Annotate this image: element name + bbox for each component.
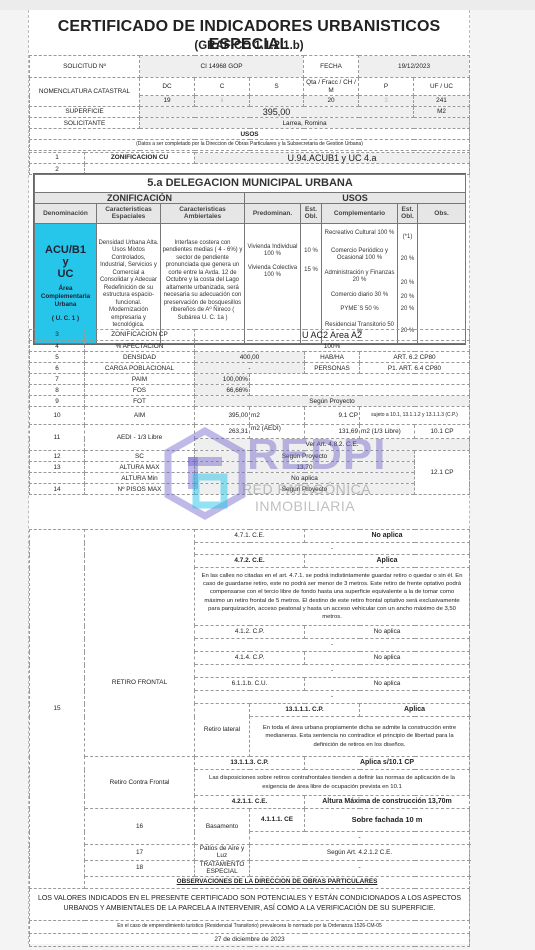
row-17-value: Según Art. 4.2.1.2 C.E. [250, 845, 470, 861]
row-13-value: 13,70 [195, 462, 415, 473]
delegacion-title: 5.a DELEGACION MUNICIPAL URBANA [35, 175, 466, 193]
row-16-ref: 4.1.1.1. CE [250, 809, 305, 832]
denominacion-code3: UC [36, 268, 95, 280]
fecha-value: 19/12/2023 [359, 56, 470, 78]
complementario-item: Recreativo Cultural 100 % [323, 230, 396, 246]
row-5-label: DENSIDAD [85, 352, 195, 363]
complementario-item: Comercio Periódico y Ocasional 100 % [323, 248, 396, 268]
solicitante-value: Larrea, Romina [140, 118, 470, 129]
retiro-lateral-value: Aplica [360, 704, 470, 717]
row-3-num: 3 [30, 330, 85, 341]
row-3-label: ZONIFICACION CP [85, 330, 195, 341]
row-11-unit: m2 (AEDI) [250, 425, 305, 439]
col-denominacion: Denominación [35, 203, 97, 223]
row-11-unit2: m2 (1/3 Libre) [360, 425, 415, 439]
predominantes-cell: Vivienda Individual 100 % Vivienda Colec… [245, 223, 301, 343]
row-1-label: ZONIFICACION CU [85, 153, 195, 164]
obs-cell [418, 223, 466, 343]
nomenclatura-val-uf: 241 [414, 96, 470, 107]
ambientales-cell: Interfase costera con pendientes medias … [161, 223, 245, 343]
retiro-ref: 4.7.2. C.E. [195, 555, 305, 568]
top-bar [0, 0, 535, 10]
superficie-value: 395,00 [140, 107, 414, 118]
col-espaciales: Caracteristicas Espaciales [97, 203, 161, 223]
denominacion-cell: ACU/B1 y UC Área Complementaria Urbana (… [35, 223, 97, 343]
row-18-value: - [250, 860, 470, 876]
complementario-item: Comercio diario 30 % [323, 292, 396, 304]
row-16-value: Sobre fachada 10 m [305, 809, 470, 832]
complementario-est: 20 % [399, 292, 416, 306]
row-13-label: ALTURA MAX [85, 462, 195, 473]
row-18-label: TRATAMIENTO ESPECIAL [195, 860, 250, 876]
row-6-num: 6 [30, 363, 85, 374]
row-10-note: sujeto a 10.1, 13.1.1.2 y 13.1.1.3 (C.P.… [360, 407, 470, 425]
predominante-est: 15 % [302, 267, 320, 275]
complementario-item: Administración y Finanzas 20 % [323, 270, 396, 290]
observaciones-title: OBSERVACIONES DE LA DIRECCION DE OBRAS P… [85, 876, 470, 888]
denominacion-area: Área Complementaria Urbana [36, 285, 95, 309]
retiro-contra-value2: Altura Máxima de construcción 13,70m [305, 796, 470, 809]
row-15-num: 15 [30, 530, 85, 889]
row-8-empty [250, 385, 470, 396]
complementario-est: 20 % [399, 270, 416, 292]
row-5-num: 5 [30, 352, 85, 363]
retiro-contra-value: Aplica s/10.1 CP [305, 757, 470, 770]
complementarios-cell: Recreativo Cultural 100 % Comercio Perió… [322, 223, 398, 343]
retiro-value: Aplica [305, 555, 470, 568]
row-11-label: AEDI - 1/3 Libre [85, 425, 195, 451]
row-8-label: FOS [85, 385, 195, 396]
row-7-value: 100,00% [195, 374, 250, 385]
retiro-note: - [195, 691, 470, 704]
row-5-ref: ART. 6.2 CP80 [360, 352, 470, 363]
certificate-subtitle: (GRAFICO 1.1.2.1.b) [29, 40, 469, 52]
superficie-unit: M2 [414, 107, 470, 118]
row-7-empty [250, 374, 470, 385]
row-16-label: Basamento [195, 809, 250, 845]
row-11-note: Ver Art. 4.8.2. C.E. [195, 439, 470, 451]
row-6-value: - [195, 363, 305, 374]
row-18-num: 18 [85, 860, 195, 876]
section-usos: USOS [245, 192, 466, 203]
usos-title: USOS [30, 129, 470, 140]
row-10-value: 395,00 [195, 407, 250, 425]
nomenclatura-col-qta: Qta / Fracc / CH / M [304, 78, 359, 96]
row-5-value: 400,00 [195, 352, 305, 363]
row-10-num: 10 [30, 407, 85, 425]
altura-ref: 12.1 CP [415, 451, 470, 495]
row-4-value: 100% [195, 341, 470, 352]
row-17-label: Patios de Aire y Luz [195, 845, 250, 861]
retiro-note: - [195, 639, 470, 652]
row-10-unit: m2 [250, 407, 305, 425]
col-complementario: Complementario [322, 203, 398, 223]
col-predominantes: Predominan. [245, 203, 301, 223]
denominacion-code1: ACU/B1 [36, 244, 95, 256]
predominante-item: Vivienda Individual 100 % [246, 244, 299, 259]
retiro-lateral-ref: 13.1.1.1. C.P. [250, 704, 360, 717]
section-zonificacion: ZONIFICACIÓN [35, 192, 245, 203]
nomenclatura-val-p: 3 [359, 96, 414, 107]
superficie-label: SUPERFICIE [30, 107, 140, 118]
col-obs: Obs. [418, 203, 466, 223]
row-11-value: 263,31 [195, 425, 250, 439]
retiro-ref: 4.1.2. C.P. [195, 626, 305, 639]
nomenclatura-col-p: P [359, 78, 414, 96]
row-4-label: % AFECTACION [85, 341, 195, 352]
predominantes-est-cell: 10 % 15 % [301, 223, 322, 343]
row-11-ref: 10.1 CP [415, 425, 470, 439]
complementario-est: 20 % [399, 248, 416, 270]
retiro-frontal-label: RETIRO FRONTAL [85, 530, 195, 757]
retiro-contra-label: Retiro Contra Frontal [85, 757, 195, 809]
indicadores-table: 3 ZONIFICACION CP U AC2 Area A2 4 % AFEC… [29, 329, 470, 495]
retiro-note: - [195, 665, 470, 678]
row-1-value: U.94.ACUB1 y UC 4.a [195, 153, 470, 164]
row-13b-value: No aplica [195, 473, 415, 484]
row-16-num: 16 [85, 809, 195, 845]
nomenclatura-val-c: ii [195, 96, 250, 107]
delegacion-table: 5.a DELEGACION MUNICIPAL URBANA ZONIFICA… [34, 174, 466, 344]
row-11-value2: 131,69 [305, 425, 360, 439]
nomenclatura-col-dc: DC [140, 78, 195, 96]
row-7-label: PAIM [85, 374, 195, 385]
row-3-value: U AC2 Area A2 [195, 330, 470, 341]
retiro-value: No aplica [305, 530, 470, 543]
complementario-est: (*1) [399, 234, 416, 248]
solicitud-value: CI 14968 GOP [140, 56, 304, 78]
row-1-num: 1 [30, 153, 85, 164]
row-16-sub: - [250, 832, 470, 845]
denominacion-code2: y [36, 256, 95, 268]
predominante-item: Vivienda Colectiva 100 % [246, 265, 299, 280]
observaciones-date: 27 de diciembre de 2023 [30, 933, 470, 946]
retiros-table: 15 RETIRO FRONTAL 4.7.1. C.E. No aplica … [29, 529, 470, 947]
row-6-label: CARGA POBLACIONAL [85, 363, 195, 374]
row-6-ref: P1. ART. 6.4 CP80 [360, 363, 470, 374]
row-14-value: Según Proyecto [195, 484, 415, 495]
nomenclatura-col-c: C [195, 78, 250, 96]
observaciones-text: LOS VALORES INDICADOS EN EL PRESENTE CER… [30, 888, 470, 920]
nomenclatura-val-dc: 19 [140, 96, 195, 107]
row-10-ref: 9.1 CP [305, 407, 360, 425]
solicitante-label: SOLICITANTE [30, 118, 140, 129]
row-13-num: 13 [30, 462, 85, 473]
row-9-value: Según Proyecto [195, 396, 470, 407]
nomenclatura-label: NOMENCLATURA CATASTRAL [30, 78, 140, 107]
row-10-label: AIM [85, 407, 195, 425]
retiro-value: No aplica [305, 652, 470, 665]
row-13b-num [30, 473, 85, 484]
fecha-label: FECHA [304, 56, 359, 78]
retiro-contra-ref: 13.1.1.3. C.P. [195, 757, 305, 770]
nomenclatura-col-uf: UF / UC [414, 78, 470, 96]
nomenclatura-val-s [250, 96, 304, 107]
retiro-lateral-note: En toda el área urbana propiamente dicha… [250, 717, 470, 757]
row-8-value: 66,66% [195, 385, 250, 396]
retiro-lateral-label: Retiro lateral [195, 704, 250, 757]
observaciones-note: En el caso de emprendimiento turistico (… [30, 920, 470, 933]
retiro-contra-ref2: 4.2.1.1. C.E. [195, 796, 305, 809]
zonificacion-cu-table: 1 ZONIFICACION CU U.94.ACUB1 y UC 4.a 2 [29, 152, 470, 175]
retiro-note: En las calles no citadas en el art. 4.7.… [195, 568, 470, 626]
row-9-num: 9 [30, 396, 85, 407]
row-7-num: 7 [30, 374, 85, 385]
retiro-value: No aplica [305, 626, 470, 639]
retiro-ref: 4.1.4. C.P. [195, 652, 305, 665]
nomenclatura-col-s: S [250, 78, 304, 96]
row-13b-label: ALTURA Min [85, 473, 195, 484]
row-8-num: 8 [30, 385, 85, 396]
espaciales-cell: Densidad Urbana Alta. Usos Mixtos Contro… [97, 223, 161, 343]
solicitud-label: SOLICITUD Nº [30, 56, 140, 78]
row-4-num: 4 [30, 341, 85, 352]
retiro-ref: 6.1.1.b. C.U. [195, 678, 305, 691]
certificate-page: CERTIFICADO DE INDICADORES URBANISTICOS … [28, 10, 470, 944]
usos-note: (Datos a ser completado por la Direccion… [30, 140, 470, 151]
row-14-num: 14 [30, 484, 85, 495]
row-6-unit: PERSONAS [305, 363, 360, 374]
row-11-num: 11 [30, 425, 85, 451]
complementarios-est-cell: (*1) 20 % 20 % 20 % 20 % 20 % [398, 223, 418, 343]
retiro-note: - [195, 543, 470, 555]
predominante-est: 10 % [302, 248, 320, 256]
header-info-table: SOLICITUD Nº CI 14968 GOP FECHA 19/12/20… [29, 55, 470, 151]
delegacion-block: 5.a DELEGACION MUNICIPAL URBANA ZONIFICA… [33, 173, 466, 345]
col-ambientales: Caracteristicas Ambiertales [161, 203, 245, 223]
row-5-unit: HAB/HA [305, 352, 360, 363]
retiro-value: No aplica [305, 678, 470, 691]
row-12-value: Según Proyecto [195, 451, 415, 462]
complementario-est: 20 % [399, 306, 416, 320]
row-9-label: FOT [85, 396, 195, 407]
col-est-obl-2: Est. Obl. [398, 203, 418, 223]
row-12-num: 12 [30, 451, 85, 462]
col-est-obl-1: Est. Obl. [301, 203, 322, 223]
row-14-label: Nº PISOS MAX [85, 484, 195, 495]
retiro-ref: 4.7.1. C.E. [195, 530, 305, 543]
nomenclatura-val-qta: 20 [304, 96, 359, 107]
denominacion-uc: ( U. C. 1 ) [36, 315, 95, 323]
row-12-label: SC [85, 451, 195, 462]
retiro-contra-note: Las disposiciones sobre retiros contrafr… [195, 770, 470, 796]
complementario-item: PYME´S 50 % [323, 306, 396, 318]
row-17-num: 17 [85, 845, 195, 861]
